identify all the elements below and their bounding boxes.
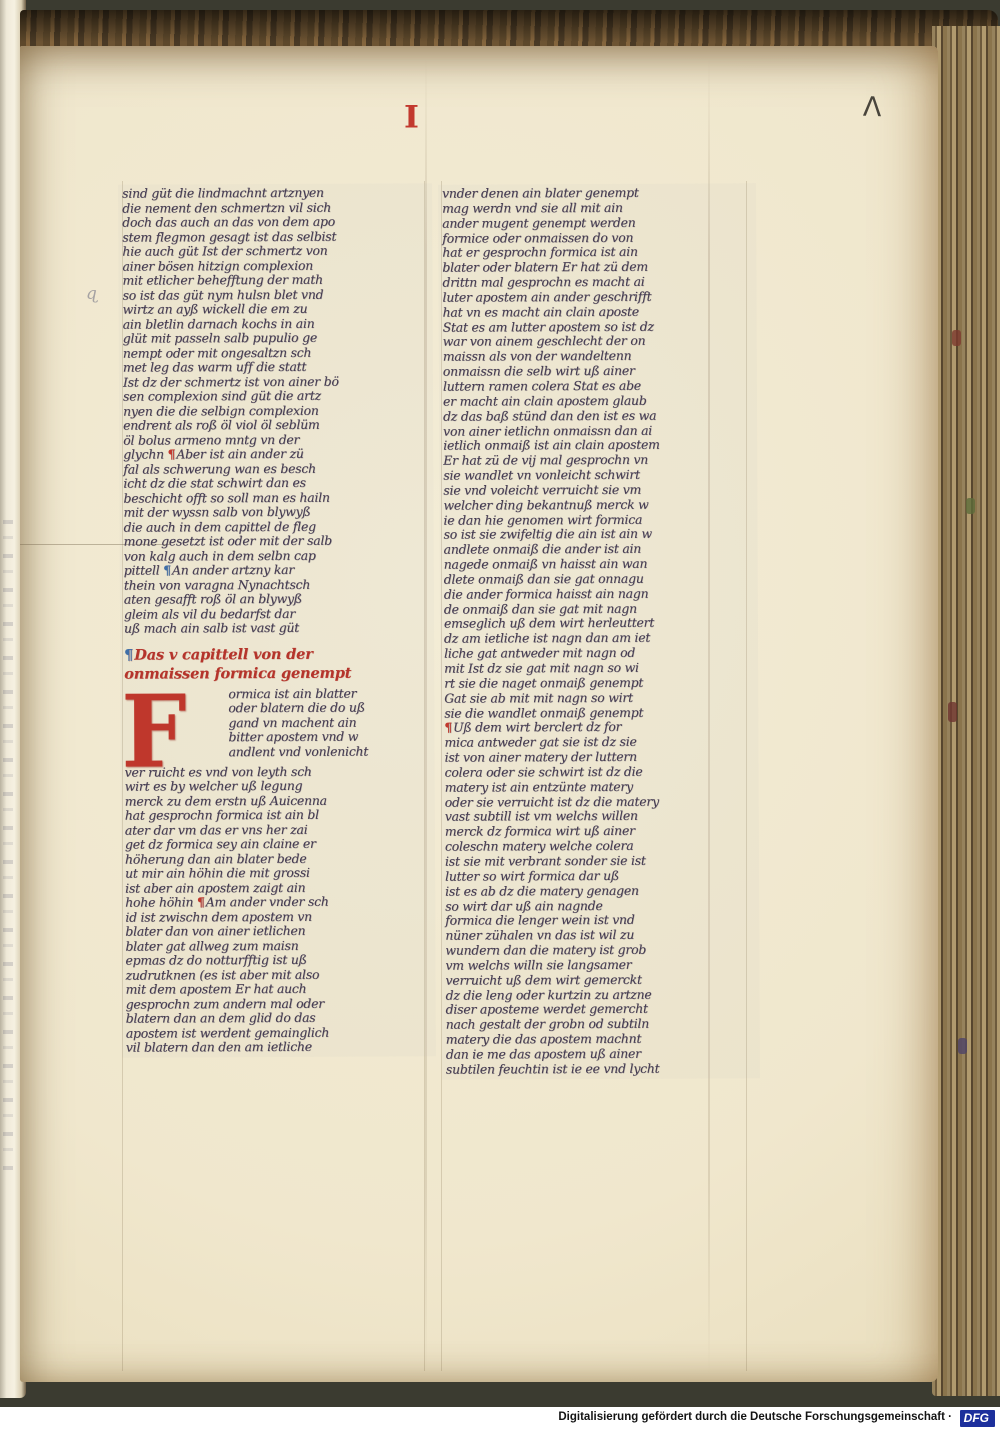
red-pilcrow-mark: ¶ <box>197 894 206 909</box>
manuscript-line: sen complexion sind güt die artz <box>123 388 429 404</box>
attribution-text: Digitalisierung gefördert durch die Deut… <box>558 1411 952 1423</box>
manuscript-line: epmas dz do notturfftig ist uß <box>125 952 431 968</box>
digitization-banner: Digitalisierung gefördert durch die Deut… <box>0 1407 1000 1429</box>
bleedthrough-text <box>3 520 13 1180</box>
manuscript-line: pittell ¶An ander artzny kar <box>124 562 430 578</box>
manuscript-line: hohe höhin ¶Am ander vnder sch <box>125 894 431 910</box>
manuscript-line: endrent als roß öl viol öl seblüm <box>123 417 429 433</box>
manuscript-line: luter apostem ain ander geschrifft <box>443 289 753 305</box>
manuscript-line: bitter apostem vnd w <box>228 729 430 744</box>
red-pilcrow-mark: ¶ <box>444 720 453 735</box>
manuscript-line: subtilen feuchtin ist ie ee vnd lycht <box>446 1061 756 1077</box>
manuscript-line: dz das baß stünd dan den ist es wa <box>443 408 753 424</box>
left-text-column: sind güt die lindmachnt artznyendie neme… <box>118 183 436 1057</box>
manuscript-line: vil blatern dan den am ietliche <box>126 1039 432 1055</box>
manuscript-line: doch das auch an das von dem apo <box>122 214 428 230</box>
manuscript-line: uß mach ain salb ist vast güt <box>124 620 430 636</box>
manuscript-line: ander mugent genempt werden <box>442 215 752 231</box>
manuscript-line: hie auch güt Ist der schmertz von <box>122 243 428 259</box>
manuscript-line: mag werdn vnd sie all mit ain <box>442 200 752 216</box>
manuscript-line: vm welchs willn sie langsamer <box>445 957 755 973</box>
manuscript-line: sind güt die lindmachnt artznyen <box>122 185 428 201</box>
manuscript-line: icht dz die stat schwirt dan es <box>123 475 429 491</box>
margin-mark: ɋ <box>86 284 97 304</box>
red-pilcrow-mark: ¶ <box>168 446 177 461</box>
manuscript-line: Gat sie ab mit mit nagn so wirt <box>444 690 754 706</box>
manuscript-line: andlent vnd vonlenicht <box>229 744 431 759</box>
manuscript-line: mit dem apostem Er hat auch <box>126 981 432 997</box>
fore-edge-fleck <box>952 330 961 346</box>
manuscript-line: die ander formica haisst ain nagn <box>444 586 754 602</box>
manuscript-line: ¶Das v capittell von der <box>124 644 430 664</box>
left-column-block2: ver ruicht es vnd von leyth schwirt es b… <box>125 764 432 1055</box>
right-column-lines: vnder denen ain blater genemptmag werdn … <box>442 185 756 1077</box>
manuscript-line: welcher ding bekantnuß merck w <box>443 497 753 513</box>
fore-edge-fleck <box>948 702 957 722</box>
blue-pilcrow-mark: ¶ <box>163 562 172 577</box>
manuscript-line: ut mir ain höhin die mit grossi <box>125 865 431 881</box>
left-column-block1: sind güt die lindmachnt artznyendie neme… <box>122 185 430 636</box>
manuscript-line: mit der wyssn salb von blywyß <box>123 504 429 520</box>
manuscript-line: glychn ¶Aber ist ain ander zü <box>123 446 429 462</box>
manuscript-line: hat vn es macht ain clain aposte <box>443 304 753 320</box>
manuscript-line: lutter so wirt formica dar uß <box>445 868 755 884</box>
manuscript-line: er macht ain clain apostem glaub <box>443 393 753 409</box>
manuscript-line: met leg das warm uff die statt <box>123 359 429 375</box>
blue-pilcrow-mark: ¶ <box>124 646 134 663</box>
manuscript-line: colera oder sie schwirt ist dz die <box>445 764 755 780</box>
manuscript-line: wirtz an ayß wickell die em zu <box>123 301 429 317</box>
manuscript-line: ist es ab dz die matery genagen <box>445 883 755 899</box>
manuscript-line: hat gesprochn formica ist ain bl <box>125 807 431 823</box>
fore-edge-fleck <box>966 498 975 514</box>
initial-paragraph: F ormica ist ain blatteroder blatern die… <box>124 686 430 765</box>
decorated-initial: F <box>121 685 187 777</box>
manuscript-line: glüt mit passeln salb pupulio ge <box>123 330 429 346</box>
book-fore-edge <box>932 26 1000 1396</box>
manuscript-line: rt sie die naget onmaiß genempt <box>444 675 754 691</box>
right-text-column: vnder denen ain blater genemptmag werdn … <box>438 183 760 1079</box>
manuscript-line: get dz formica sey ain claine er <box>125 836 431 852</box>
manuscript-line: blatern dan an dem glid do das <box>126 1010 432 1026</box>
initial-wrapped-lines: ormica ist ain blatteroder blatern die d… <box>228 686 430 759</box>
corner-mark: Λ <box>862 92 882 124</box>
manuscript-line: mit etlicher behefftung der math <box>122 272 428 288</box>
manuscript-line: oder blatern die do uß <box>228 700 430 715</box>
manuscript-line: sie vnd voleicht verruicht sie vm <box>443 482 753 498</box>
manuscript-line: matery ist ain entzünte matery <box>445 779 755 795</box>
digitized-manuscript-scan: I Λ ɋ sind güt die lindmachnt artznyendi… <box>0 0 1000 1429</box>
manuscript-line: blater dan von ainer ietlichen <box>125 923 431 939</box>
manuscript-line: aten gesafft roß öl an blywyß <box>124 591 430 607</box>
manuscript-line: verruicht uß dem wirt gemerckt <box>445 972 755 988</box>
folio-numeral: I <box>404 99 419 135</box>
fore-edge-fleck <box>958 1038 967 1054</box>
manuscript-page: I Λ ɋ sind güt die lindmachnt artznyendi… <box>20 46 938 1382</box>
dfg-logo: DFG <box>960 1410 995 1427</box>
manuscript-line: mone gesetzt ist oder mit der salb <box>124 533 430 549</box>
